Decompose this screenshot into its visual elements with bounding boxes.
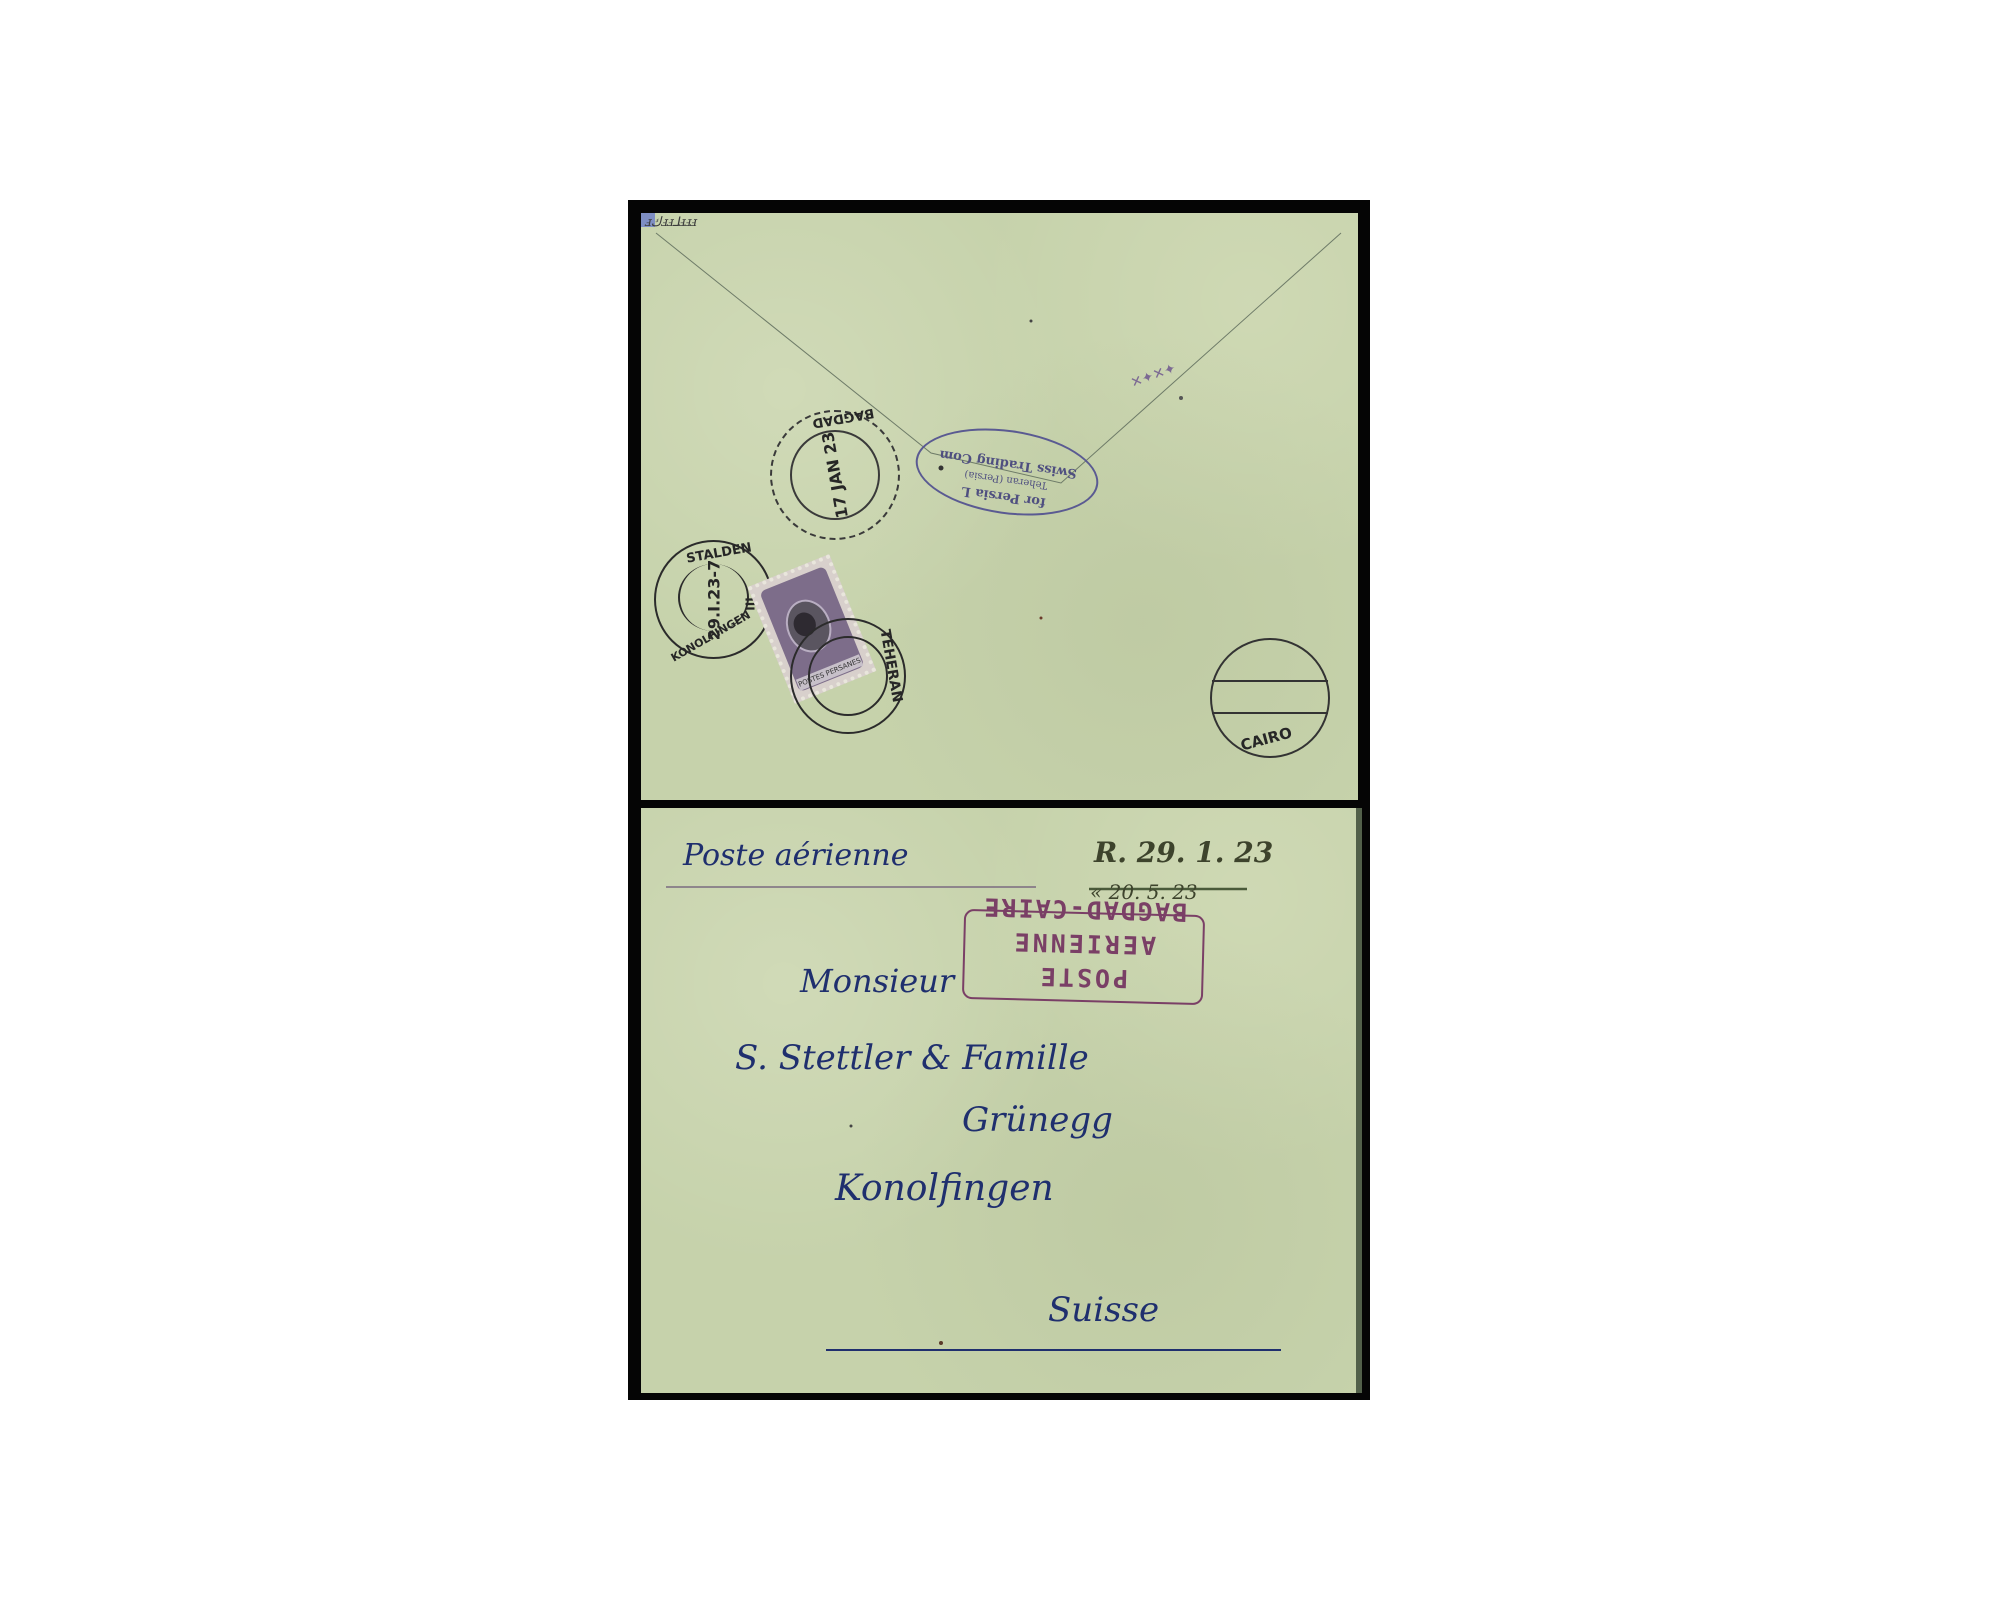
address-town: Konolfingen: [835, 1168, 1054, 1209]
registration-line-1: R. 29. 1. 23: [1094, 836, 1273, 869]
postmark-bagdad: 17 JAN 23 BAGDAD: [770, 410, 900, 540]
address-country: Suisse: [1048, 1290, 1159, 1330]
cachet-line1: POSTE AERIENNE: [964, 923, 1203, 997]
endorsement-poste-aerienne: Poste aérienne: [683, 838, 909, 873]
cachet-line2: BAGDAD-CAIRE: [966, 889, 1204, 929]
postmark-teheran: TEHERAN: [790, 618, 906, 734]
postmark-cairo-ring: CAIRO: [1239, 724, 1294, 755]
postmark-cairo: CAIRO: [1210, 638, 1330, 758]
corner-annotation: ⅎكⅎⅎ⅃ⅎⅎⅎ: [645, 215, 696, 230]
address-name: S. Stettler & Famille: [735, 1038, 1089, 1078]
address-salutation: Monsieur: [800, 962, 954, 1000]
address-locality: Grünegg: [962, 1100, 1113, 1140]
poste-aerienne-cachet: POSTE AERIENNE BAGDAD-CAIRE: [962, 909, 1205, 1005]
